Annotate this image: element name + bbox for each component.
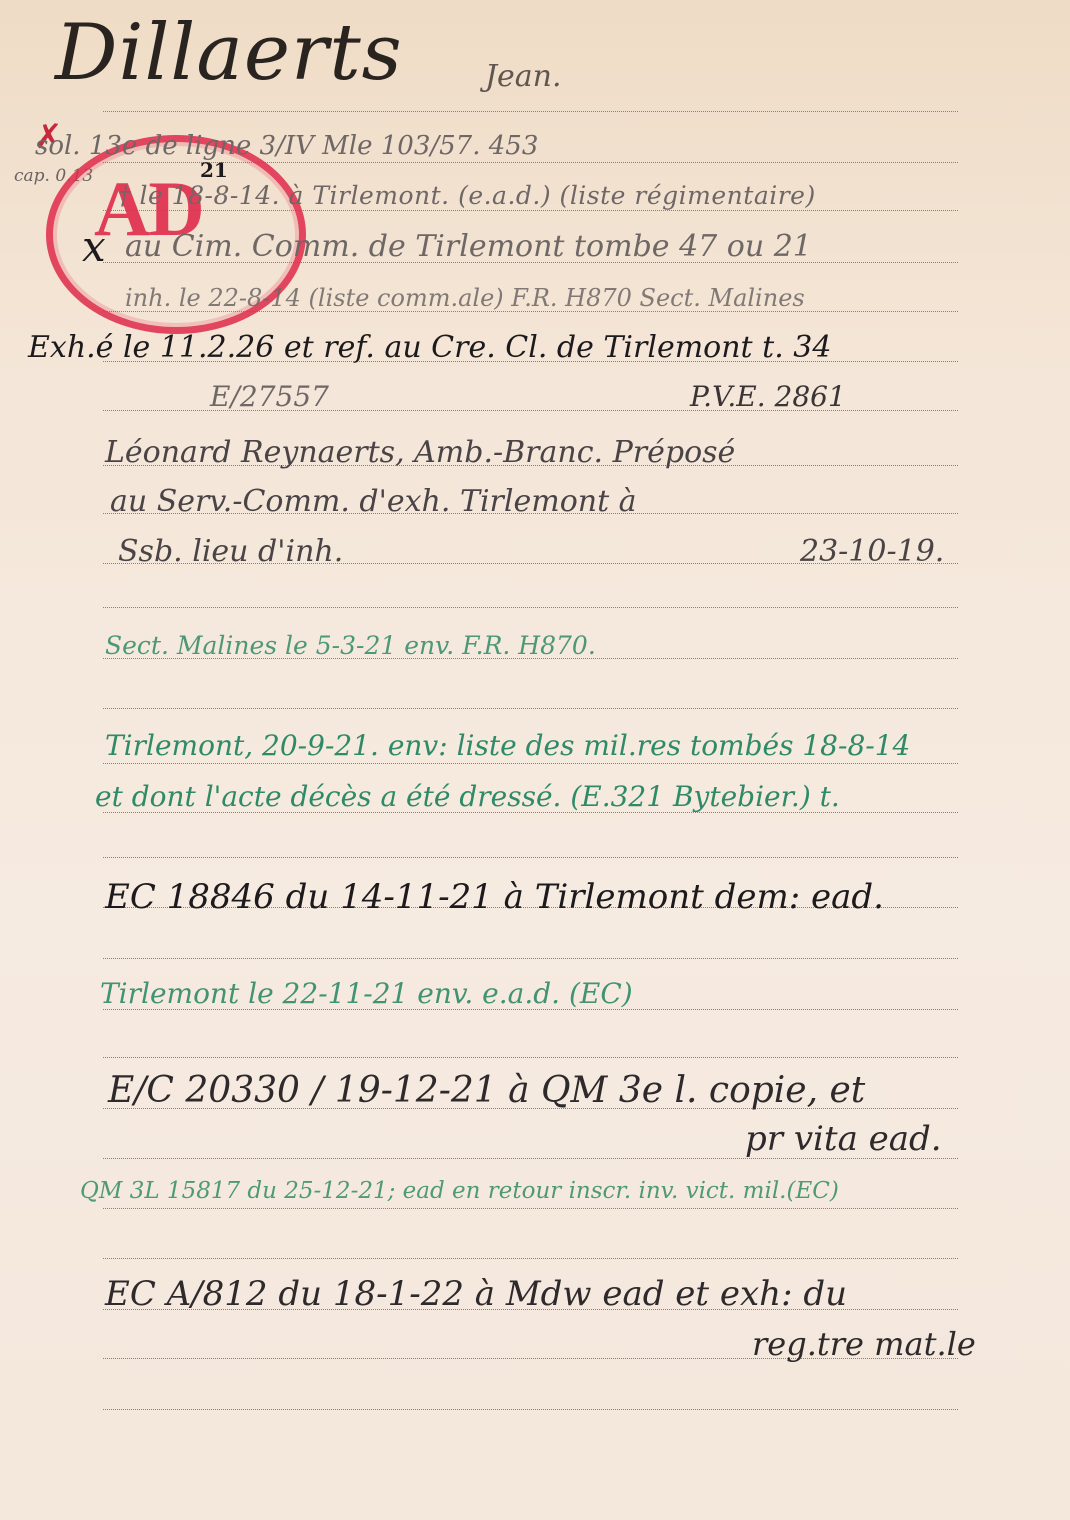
surname-heading: Dillaerts — [55, 14, 403, 92]
entry-pr-vita: pr vita ead. — [745, 1122, 942, 1156]
archive-index-card: Dillaerts Jean. ✗ cap. 0.13 21 x AD sol.… — [0, 0, 1070, 1520]
entry-regiment: sol. 13e de ligne 3/IV Mle 103/57. 453 — [35, 133, 538, 159]
entry-file-ref: E/27557 — [210, 383, 329, 411]
ruled-line — [103, 1409, 958, 1410]
entry-exhumation: Exh.é le 11.2.26 et ref. au Cre. Cl. de … — [28, 333, 831, 363]
entry-witness: Léonard Reynaerts, Amb.-Branc. Préposé — [105, 438, 735, 468]
entry-date: 23-10-19. — [800, 537, 944, 567]
entry-cemetery: au Cim. Comm. de Tirlemont tombe 47 ou 2… — [125, 232, 812, 262]
ruled-line — [103, 1258, 958, 1259]
ruled-line — [103, 857, 958, 858]
entry-pve-ref: P.V.E. 2861 — [690, 383, 846, 411]
entry-qm-15817: QM 3L 15817 du 25-12-21; ead en retour i… — [80, 1180, 839, 1203]
entry-tirlemont-list: Tirlemont, 20-9-21. env: liste des mil.r… — [105, 732, 910, 760]
entry-sect-malines: Sect. Malines le 5-3-21 env. F.R. H870. — [105, 633, 596, 658]
ruled-line — [103, 708, 958, 709]
entry-ec-a812: EC A/812 du 18-1-22 à Mdw ead et exh: du — [105, 1277, 847, 1311]
entry-tirlemont-act: et dont l'acte décès a été dressé. (E.32… — [95, 783, 840, 811]
ruled-line — [103, 111, 958, 112]
ruled-line — [103, 763, 958, 764]
entry-service: au Serv.-Comm. d'exh. Tirlemont à — [110, 487, 637, 517]
ruled-line — [103, 607, 958, 608]
entry-burial: inh. le 22-8-14 (liste comm.ale) F.R. H8… — [125, 286, 805, 310]
entry-tirlemont-ead: Tirlemont le 22-11-21 env. e.a.d. (EC) — [100, 980, 633, 1008]
ruled-line — [103, 1208, 958, 1209]
entry-reg-mat: reg.tre mat.le — [752, 1328, 976, 1360]
first-name: Jean. — [485, 62, 562, 92]
entry-place: Ssb. lieu d'inh. — [118, 537, 343, 567]
ruled-line — [103, 1057, 958, 1058]
ruled-line — [103, 958, 958, 959]
entry-death: † le 18-8-14. à Tirlemont. (e.a.d.) (lis… — [118, 183, 816, 208]
entry-ec-18846: EC 18846 du 14-11-21 à Tirlemont dem: ea… — [105, 880, 884, 914]
entry-ec-20330: E/C 20330 / 19-12-21 à QM 3e l. copie, e… — [108, 1073, 865, 1109]
